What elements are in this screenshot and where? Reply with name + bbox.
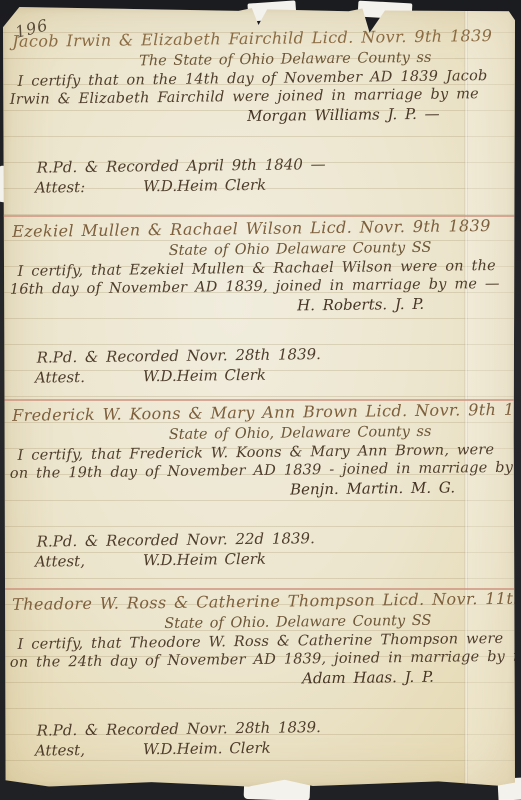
attest-label: Attest, — [35, 551, 85, 572]
scan-background: 196 Jacob Irwin & Elizabeth Fairchild Li… — [0, 0, 521, 800]
marriage-record: Jacob Irwin & Elizabeth Fairchild Licd. … — [3, 24, 517, 198]
clerk-name: W.D.Heim. Clerk — [143, 738, 271, 760]
attest-label: Attest. — [35, 367, 85, 388]
clerk-name: W.D.Heim Clerk — [143, 549, 266, 571]
attest-label: Attest: — [35, 177, 86, 198]
marriage-record: Frederick W. Koons & Mary Ann Brown Licd… — [3, 398, 517, 572]
marriage-record: Theadore W. Ross & Catherine Thompson Li… — [3, 587, 517, 761]
attest-label: Attest, — [35, 740, 85, 761]
clerk-name: W.D.Heim Clerk — [143, 175, 266, 197]
clerk-name: W.D.Heim Clerk — [143, 365, 266, 387]
ledger-page: 196 Jacob Irwin & Elizabeth Fairchild Li… — [3, 7, 515, 788]
marriage-record: Ezekiel Mullen & Rachael Wilson Licd. No… — [3, 214, 517, 388]
